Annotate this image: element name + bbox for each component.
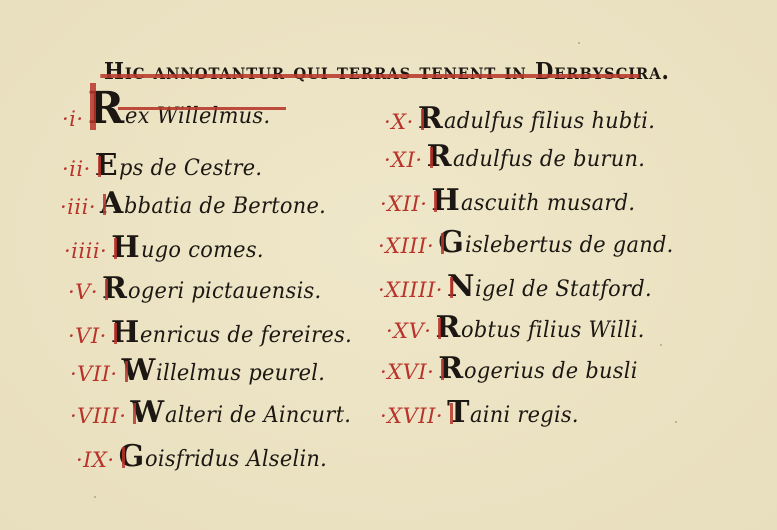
roman-numeral: ·VII· [70, 362, 118, 386]
list-item: ·XVI· Rogerius de busli [380, 348, 647, 384]
roman-numeral: ·VIII· [70, 404, 126, 428]
roman-numeral: ·i· [62, 107, 84, 131]
struck-entry: Rex Willelmus. [88, 87, 279, 131]
roman-numeral: ·iii· [60, 195, 96, 219]
entry-name: alteri de Aincurt. [165, 403, 351, 428]
list-item: ·XII· Hascuith musard. [380, 180, 644, 216]
roman-numeral: ·ii· [62, 157, 91, 181]
parchment-speck [578, 42, 580, 44]
entry-name: illelmus peurel. [156, 361, 325, 386]
decorated-initial: H [111, 233, 139, 263]
roman-numeral: ·IX· [76, 448, 115, 472]
roman-numeral: ·XI· [384, 148, 423, 172]
list-item: ·VII· Willelmus peurel. [70, 350, 334, 386]
decorated-initial: W [122, 356, 156, 386]
entry-name: ogeri pictauensis. [128, 279, 321, 304]
decorated-initial: G [438, 228, 464, 258]
decorated-initial: T [447, 398, 469, 428]
list-item: ·X· Radulfus filius hubti. [384, 98, 666, 134]
entry-name: aini regis. [470, 403, 579, 428]
decorated-initial: A [100, 189, 123, 219]
list-item: ·iii· Abbatia de Bertone. [60, 183, 337, 219]
entry-name: bbatia de Bertone. [124, 194, 326, 219]
roman-numeral: ·X· [384, 110, 414, 134]
parchment-speck [660, 344, 662, 346]
parchment-speck [94, 496, 96, 498]
heading-strikethrough [100, 74, 639, 78]
entry-name: oisfridus Alselin. [145, 447, 327, 472]
entry-name: adulfus de burun. [453, 147, 645, 172]
decorated-initial: H [111, 318, 139, 348]
decorated-initial: H [431, 186, 459, 216]
roman-numeral: ·V· [68, 280, 98, 304]
decorated-initial: R [418, 104, 443, 134]
decorated-initial: R [435, 313, 460, 343]
manuscript-heading: Hic annotantur qui terras tenent in Derb… [104, 58, 656, 90]
list-item: ·VIII· Walteri de Aincurt. [70, 392, 361, 428]
decorated-initial: R [102, 274, 127, 304]
roman-numeral: ·XIIII· [378, 278, 443, 302]
decorated-initial: G [119, 442, 145, 472]
list-item: ·ii· Eps de Cestre. [62, 145, 270, 181]
entry-name: islebertus de gand. [465, 233, 674, 258]
decorated-initial: N [447, 272, 474, 302]
list-item: ·XIIII· Nigel de Statford. [378, 266, 662, 302]
roman-numeral: ·VI· [68, 324, 107, 348]
parchment-speck [675, 421, 677, 423]
roman-numeral: ·iiii· [64, 239, 107, 263]
manuscript-page: Hic annotantur qui terras tenent in Derb… [0, 0, 777, 530]
entry-name: enricus de fereires. [140, 323, 352, 348]
decorated-initial: W [130, 398, 164, 428]
list-item: ·i· Rex Willelmus. [62, 95, 278, 131]
entry-strikethrough [118, 107, 287, 110]
list-item: ·XIII· Gislebertus de gand. [378, 222, 684, 258]
heading-text: Hic annotantur qui terras tenent in Derb… [104, 58, 670, 85]
entry-name: ogerius de busli [464, 359, 638, 384]
decorated-initial: R [438, 354, 463, 384]
roman-numeral: ·XII· [380, 192, 427, 216]
roman-numeral: ·XV· [386, 319, 431, 343]
roman-numeral: ·XIII· [378, 234, 434, 258]
list-item: ·XV· Robtus filius Willi. [386, 307, 655, 343]
entry-name: obtus filius Willi. [461, 318, 645, 343]
list-item: ·XI· Radulfus de burun. [384, 136, 655, 172]
entry-name: igel de Statford. [475, 277, 652, 302]
roman-numeral: ·XVI· [380, 360, 434, 384]
decorated-initial: R [427, 142, 452, 172]
list-item: ·iiii· Hugo comes. [64, 227, 270, 263]
list-item: ·V· Rogeri pictauensis. [68, 268, 332, 304]
entry-name: adulfus filius hubti. [444, 109, 655, 134]
list-item: ·XVII· Taini regis. [380, 392, 585, 428]
list-item: ·VI· Henricus de fereires. [68, 312, 363, 348]
decorated-initial: E [95, 151, 118, 181]
entry-name: ugo comes. [141, 238, 264, 263]
list-item: ·IX· Goisfridus Alselin. [76, 436, 337, 472]
entry-name: ascuith musard. [461, 191, 635, 216]
roman-numeral: ·XVII· [380, 404, 443, 428]
entry-name: ps de Cestre. [119, 156, 262, 181]
